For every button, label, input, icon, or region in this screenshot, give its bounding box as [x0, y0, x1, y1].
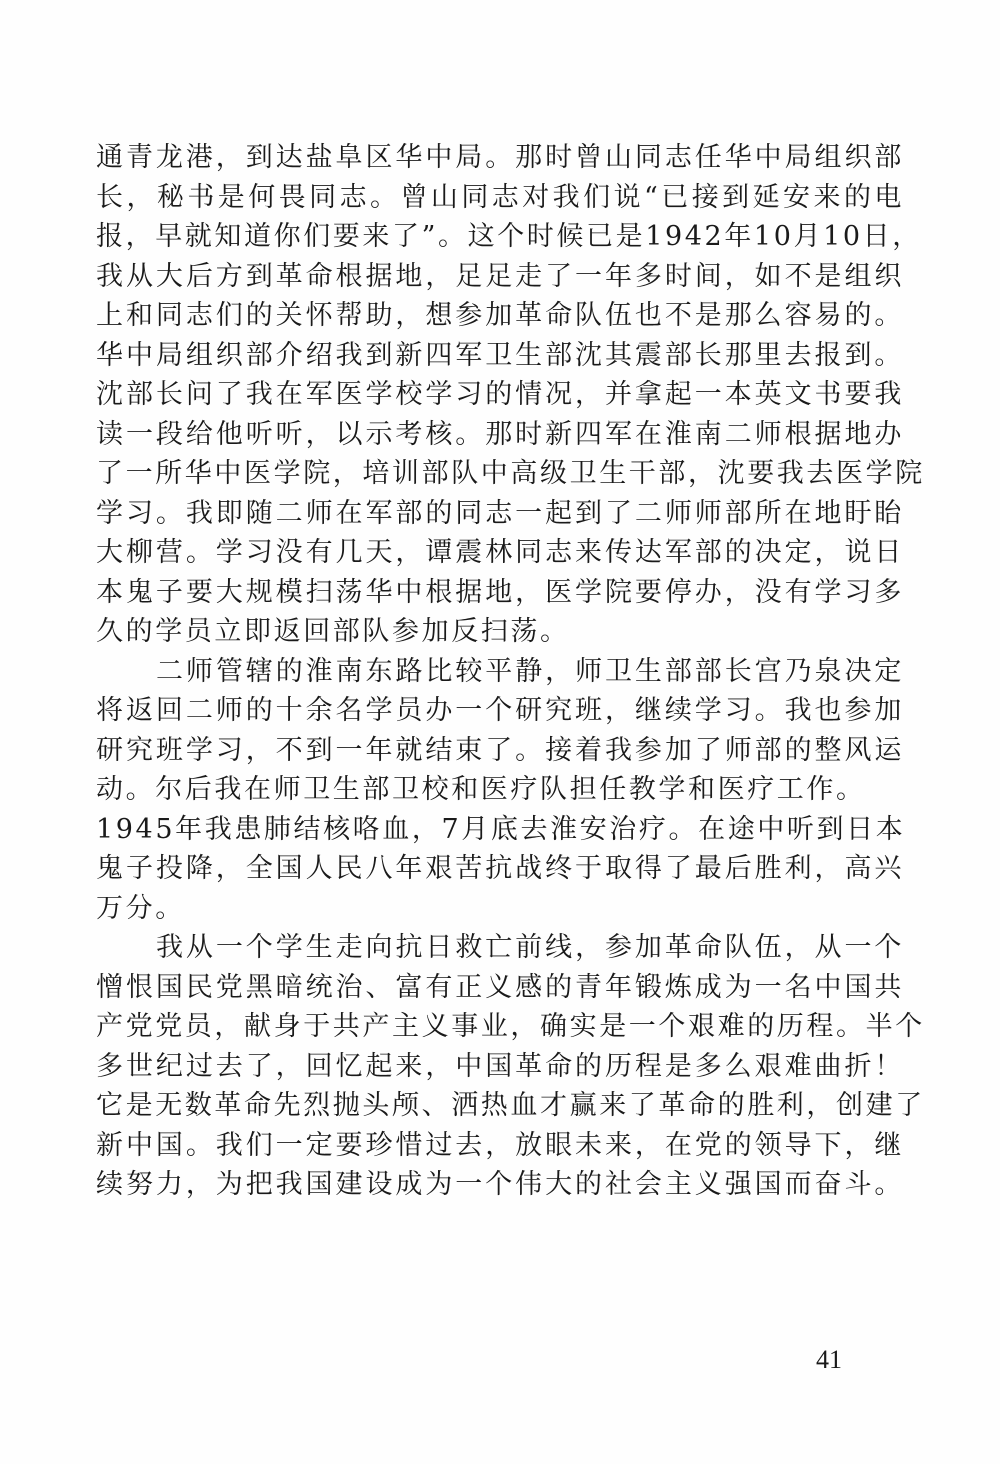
text-line: 上和同志们的关怀帮助，想参加革命队伍也不是那么容易的。 — [96, 296, 904, 336]
text-line: 万分。 — [96, 889, 904, 929]
text-line: 久的学员立即返回部队参加反扫荡。 — [96, 612, 904, 652]
body-text: 通青龙港，到达盐阜区华中局。那时曾山同志任华中局组织部 长，秘书是何畏同志。曾山… — [96, 138, 904, 1205]
text-line: 学习。我即随二师在军部的同志一起到了二师师部所在地盱眙 — [96, 494, 904, 534]
text-line: 我从一个学生走向抗日救亡前线，参加革命队伍，从一个 — [96, 928, 904, 968]
text-line: 憎恨国民党黑暗统治、富有正义感的青年锻炼成为一名中国共 — [96, 968, 904, 1008]
paragraph-3: 我从一个学生走向抗日救亡前线，参加革命队伍，从一个 憎恨国民党黑暗统治、富有正义… — [96, 928, 904, 1205]
text-line: 将返回二师的十余名学员办一个研究班，继续学习。我也参加 — [96, 691, 904, 731]
page-number: 41 — [816, 1345, 842, 1375]
text-line: 研究班学习，不到一年就结束了。接着我参加了师部的整风运 — [96, 731, 904, 771]
text-line: 了一所华中医学院，培训部队中高级卫生干部，沈要我去医学院 — [96, 454, 904, 494]
text-line: 续努力，为把我国建设成为一个伟大的社会主义强国而奋斗。 — [96, 1165, 904, 1205]
text-line: 1945年我患肺结核咯血，7月底去淮安治疗。在途中听到日本 — [96, 810, 904, 850]
text-line: 动。尔后我在师卫生部卫校和医疗队担任教学和医疗工作。 — [96, 770, 904, 810]
text-line: 新中国。我们一定要珍惜过去，放眼未来，在党的领导下，继 — [96, 1126, 904, 1166]
text-line: 产党党员，献身于共产主义事业，确实是一个艰难的历程。半个 — [96, 1007, 904, 1047]
text-line: 鬼子投降，全国人民八年艰苦抗战终于取得了最后胜利，高兴 — [96, 849, 904, 889]
text-line: 长，秘书是何畏同志。曾山同志对我们说“已接到延安来的电 — [96, 178, 904, 218]
text-line: 大柳营。学习没有几天，谭震林同志来传达军部的决定，说日 — [96, 533, 904, 573]
text-line: 通青龙港，到达盐阜区华中局。那时曾山同志任华中局组织部 — [96, 138, 904, 178]
text-line: 华中局组织部介绍我到新四军卫生部沈其震部长那里去报到。 — [96, 336, 904, 376]
text-line: 本鬼子要大规模扫荡华中根据地，医学院要停办，没有学习多 — [96, 573, 904, 613]
text-line: 我从大后方到革命根据地，足足走了一年多时间，如不是组织 — [96, 257, 904, 297]
text-line: 读一段给他听听，以示考核。那时新四军在淮南二师根据地办 — [96, 415, 904, 455]
paragraph-2: 二师管辖的淮南东路比较平静，师卫生部部长宫乃泉决定 将返回二师的十余名学员办一个… — [96, 652, 904, 929]
paragraph-1: 通青龙港，到达盐阜区华中局。那时曾山同志任华中局组织部 长，秘书是何畏同志。曾山… — [96, 138, 904, 652]
scanned-book-page: 通青龙港，到达盐阜区华中局。那时曾山同志任华中局组织部 长，秘书是何畏同志。曾山… — [0, 0, 1000, 1464]
text-line: 沈部长问了我在军医学校学习的情况，并拿起一本英文书要我 — [96, 375, 904, 415]
text-line: 报，早就知道你们要来了”。这个时候已是1942年10月10日， — [96, 217, 904, 257]
text-line: 它是无数革命先烈抛头颅、洒热血才赢来了革命的胜利，创建了 — [96, 1086, 904, 1126]
text-line: 多世纪过去了，回忆起来，中国革命的历程是多么艰难曲折！ — [96, 1047, 904, 1087]
text-line: 二师管辖的淮南东路比较平静，师卫生部部长宫乃泉决定 — [96, 652, 904, 692]
